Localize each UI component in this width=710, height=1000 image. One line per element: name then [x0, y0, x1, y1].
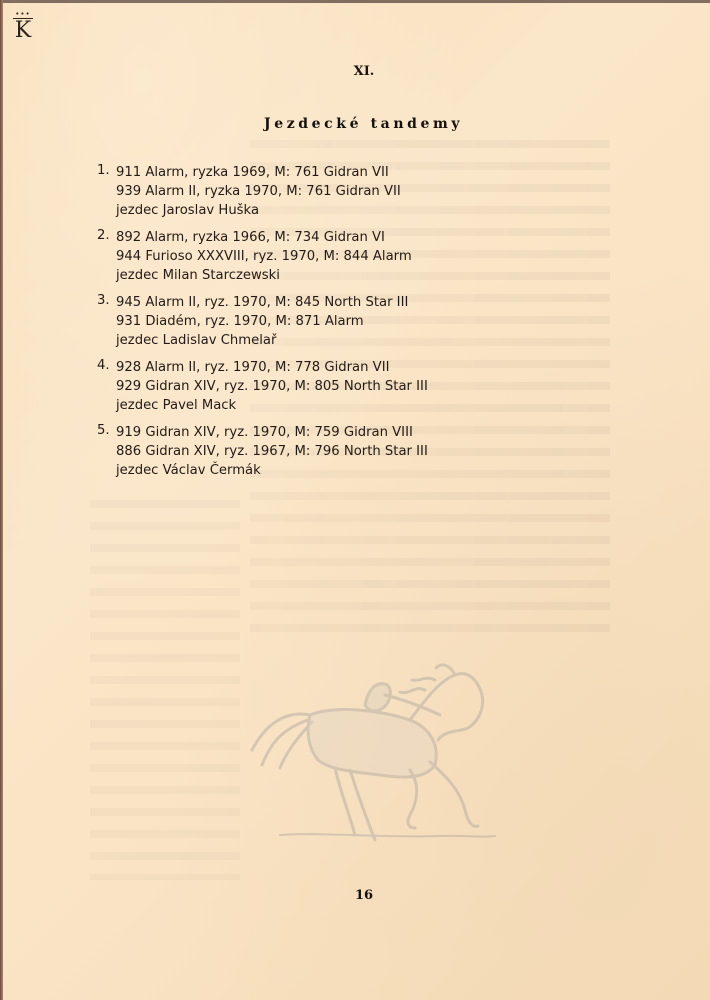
horse-1: 919 Gidran XIV, ryz. 1970, M: 759 Gidran…	[97, 423, 428, 442]
horse-1: 892 Alarm, ryzka 1966, M: 734 Gidran VI	[97, 228, 428, 247]
page-title: Jezdecké tandemy	[264, 116, 463, 132]
horse-1: 928 Alarm II, ryz. 1970, M: 778 Gidran V…	[97, 358, 428, 377]
publisher-logo: ••• K	[12, 11, 34, 42]
rider: jezdec Ladislav Chmelař	[97, 331, 428, 350]
page-number: 16	[0, 888, 710, 903]
logo-crown-dots-icon: •••	[12, 11, 34, 17]
logo-letter-icon: K	[12, 20, 34, 42]
entry-number: 2.	[97, 228, 115, 243]
bleed-through-area-left	[90, 500, 240, 880]
horse-2: 886 Gidran XIV, ryz. 1967, M: 796 North …	[97, 442, 428, 461]
rider: jezdec Jaroslav Huška	[97, 201, 428, 220]
horse-2: 929 Gidran XIV, ryz. 1970, M: 805 North …	[97, 377, 428, 396]
tandem-list: 1. 911 Alarm, ryzka 1969, M: 761 Gidran …	[97, 163, 428, 488]
galloping-horse-sketch-icon	[240, 650, 500, 850]
scanned-page: ••• K XI. Jezdecké tandemy 1. 911 Alarm,…	[0, 0, 710, 1000]
horse-2: 939 Alarm II, ryzka 1970, M: 761 Gidran …	[97, 182, 428, 201]
horse-1: 945 Alarm II, ryz. 1970, M: 845 North St…	[97, 293, 428, 312]
horse-1: 911 Alarm, ryzka 1969, M: 761 Gidran VII	[97, 163, 428, 182]
rider: jezdec Václav Čermák	[97, 461, 428, 480]
tandem-entry: 1. 911 Alarm, ryzka 1969, M: 761 Gidran …	[97, 163, 428, 220]
rider: jezdec Milan Starczewski	[97, 266, 428, 285]
horse-2: 944 Furioso XXXVIII, ryz. 1970, M: 844 A…	[97, 247, 428, 266]
entry-number: 4.	[97, 358, 115, 373]
entry-number: 1.	[97, 163, 115, 178]
horse-2: 931 Diadém, ryz. 1970, M: 871 Alarm	[97, 312, 428, 331]
tandem-entry: 2. 892 Alarm, ryzka 1966, M: 734 Gidran …	[97, 228, 428, 285]
chapter-number: XI.	[0, 64, 710, 79]
entry-number: 3.	[97, 293, 115, 308]
entry-number: 5.	[97, 423, 115, 438]
rider: jezdec Pavel Mack	[97, 396, 428, 415]
page-binding-edge	[0, 0, 3, 1000]
page-top-edge	[0, 0, 710, 3]
tandem-entry: 5. 919 Gidran XIV, ryz. 1970, M: 759 Gid…	[97, 423, 428, 480]
tandem-entry: 4. 928 Alarm II, ryz. 1970, M: 778 Gidra…	[97, 358, 428, 415]
tandem-entry: 3. 945 Alarm II, ryz. 1970, M: 845 North…	[97, 293, 428, 350]
